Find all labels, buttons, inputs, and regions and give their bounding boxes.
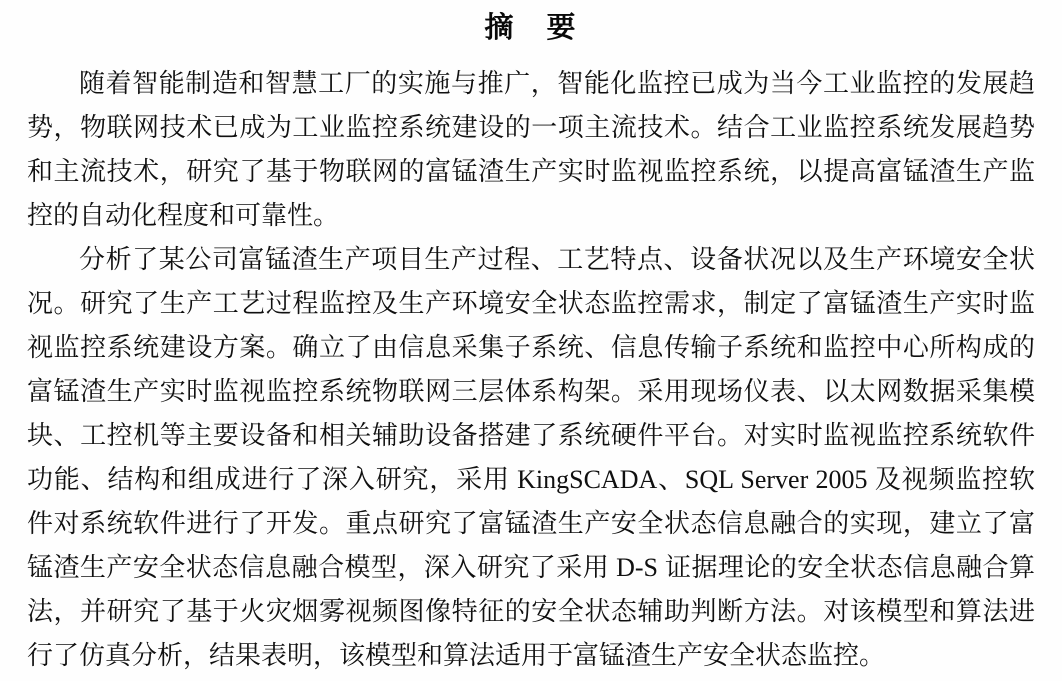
text-line: 锰渣生产安全状态信息融合模型，深入研究了采用 D-S 证据理论的安全状态信息融合… [27,546,1035,590]
page-title: 摘 要 [0,0,1062,46]
text-line: 视监控系统建设方案。确立了由信息采集子系统、信息传输子系统和监控中心所构成的 [27,326,1035,370]
text-line: 和主流技术，研究了基于物联网的富锰渣生产实时监视监控系统，以提高富锰渣生产监 [27,150,1035,194]
abstract-body: 随着智能制造和智慧工厂的实施与推广，智能化监控已成为当今工业监控的发展趋势，物联… [27,62,1035,678]
abstract-paragraph: 分析了某公司富锰渣生产项目生产过程、工艺特点、设备状况以及生产环境安全状况。研究… [27,238,1035,678]
abstract-page: 摘 要 随着智能制造和智慧工厂的实施与推广，智能化监控已成为当今工业监控的发展趋… [0,0,1062,681]
text-line: 功能、结构和组成进行了深入研究，采用 KingSCADA、SQL Server … [27,458,1035,502]
abstract-paragraph: 随着智能制造和智慧工厂的实施与推广，智能化监控已成为当今工业监控的发展趋势，物联… [27,62,1035,238]
text-line: 控的自动化程度和可靠性。 [27,194,1035,238]
text-line: 块、工控机等主要设备和相关辅助设备搭建了系统硬件平台。对实时监视监控系统软件 [27,414,1035,458]
text-line: 势，物联网技术已成为工业监控系统建设的一项主流技术。结合工业监控系统发展趋势 [27,106,1035,150]
text-line: 富锰渣生产实时监视监控系统物联网三层体系构架。采用现场仪表、以太网数据采集模 [27,370,1035,414]
text-line: 法，并研究了基于火灾烟雾视频图像特征的安全状态辅助判断方法。对该模型和算法进 [27,590,1035,634]
text-line: 随着智能制造和智慧工厂的实施与推广，智能化监控已成为当今工业监控的发展趋 [27,62,1035,106]
text-line: 况。研究了生产工艺过程监控及生产环境安全状态监控需求，制定了富锰渣生产实时监 [27,282,1035,326]
text-line: 行了仿真分析，结果表明，该模型和算法适用于富锰渣生产安全状态监控。 [27,634,1035,678]
text-line: 件对系统软件进行了开发。重点研究了富锰渣生产安全状态信息融合的实现，建立了富 [27,502,1035,546]
text-line: 分析了某公司富锰渣生产项目生产过程、工艺特点、设备状况以及生产环境安全状 [27,238,1035,282]
